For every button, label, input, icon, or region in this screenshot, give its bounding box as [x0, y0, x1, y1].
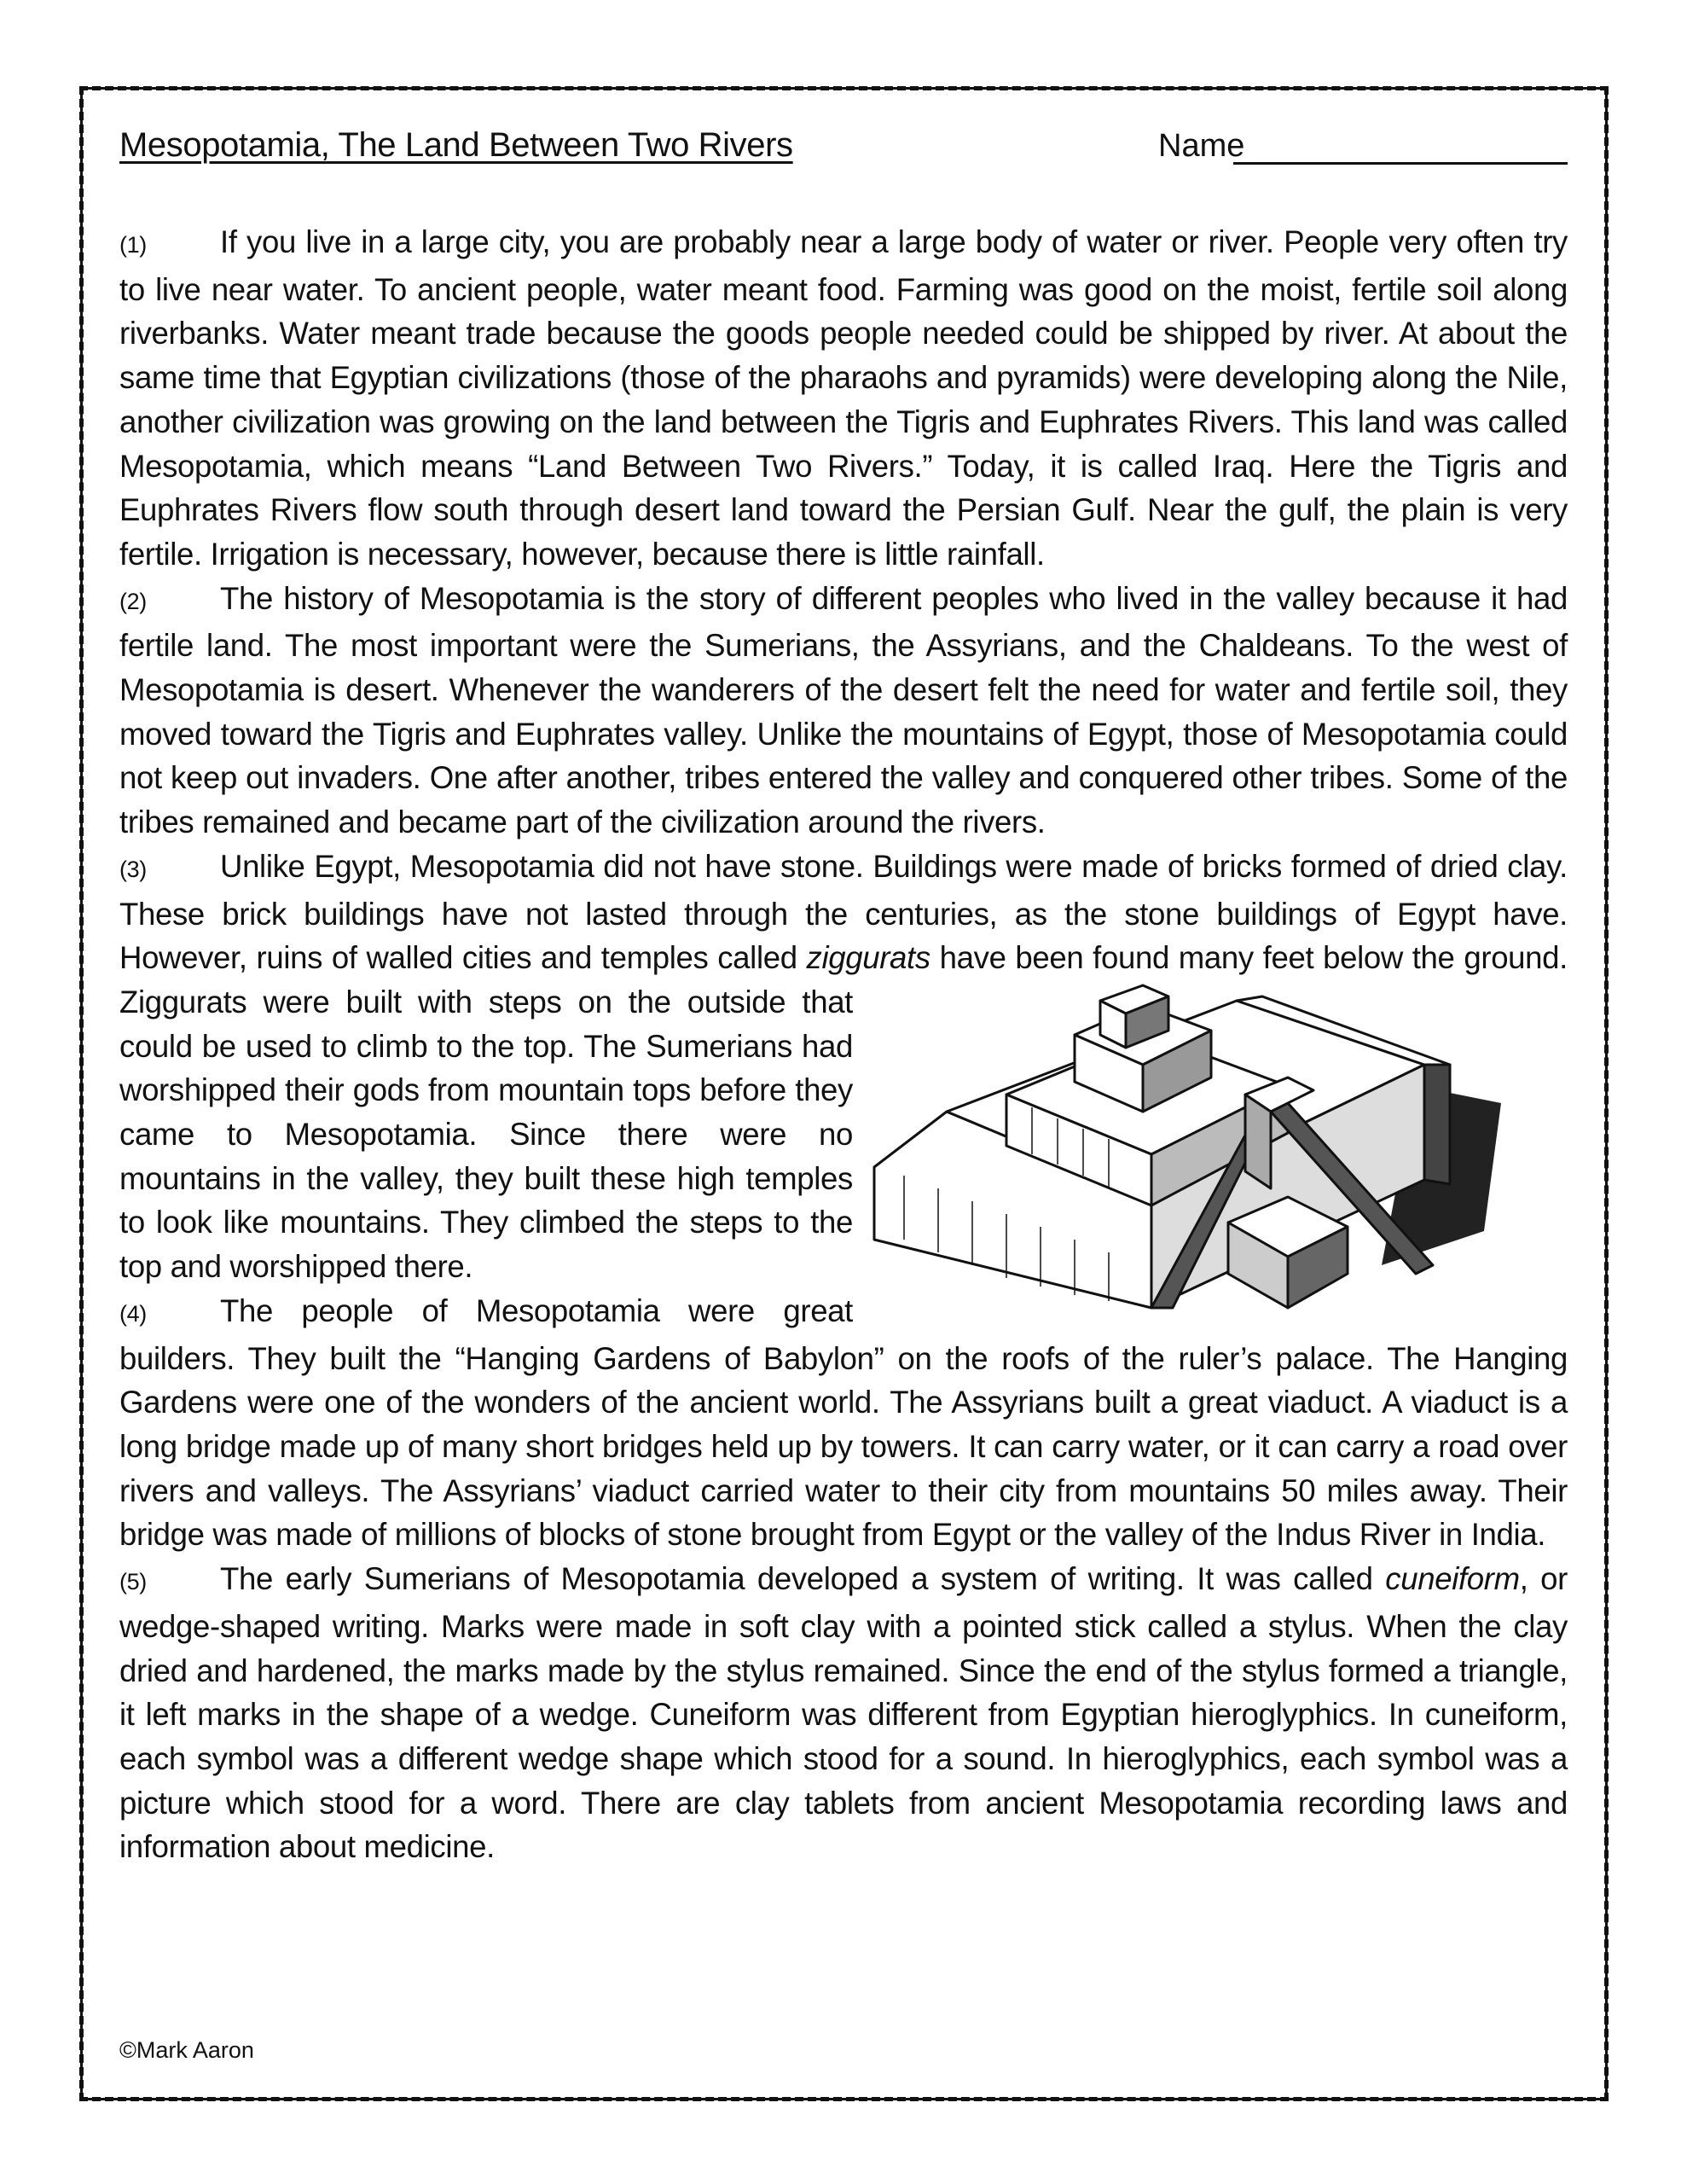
paragraph-text: The early Sumerians of Mesopotamia devel…: [220, 1561, 1385, 1596]
paragraph-number: (2): [119, 580, 220, 624]
paragraph-text: The people of Mesopotamia were great bui…: [119, 1293, 1568, 1553]
paragraph-3: (3)Unlike Egypt, Mesopotamia did not hav…: [119, 845, 1568, 1289]
paragraph-text: , or wedge-shaped writing. Marks were ma…: [119, 1561, 1568, 1864]
paragraph-number: (4): [119, 1292, 220, 1337]
copyright-notice: ©Mark Aaron: [119, 2037, 254, 2064]
page-title: Mesopotamia, The Land Between Two Rivers: [119, 126, 793, 165]
ziggurat-figure-anchor: [930, 940, 940, 975]
italic-term: ziggurats: [807, 940, 930, 975]
paragraph-text: If you live in a large city, you are pro…: [119, 224, 1568, 572]
paragraph-5: (5)The early Sumerians of Mesopotamia de…: [119, 1557, 1568, 1869]
ziggurat-icon: [870, 984, 1578, 1310]
paragraph-4: (4)The people of Mesopotamia were great …: [119, 1289, 1568, 1557]
name-label: Name: [1158, 128, 1244, 165]
paragraph-2: (2)The history of Mesopotamia is the sto…: [119, 577, 1568, 845]
article-body: (1)If you live in a large city, you are …: [119, 220, 1568, 1869]
paragraph-1: (1)If you live in a large city, you are …: [119, 220, 1568, 577]
name-field[interactable]: [1233, 162, 1568, 165]
paragraph-number: (1): [119, 224, 220, 268]
paragraph-text: The history of Mesopotamia is the story …: [119, 581, 1568, 840]
paragraph-number: (5): [119, 1560, 220, 1605]
paragraph-number: (3): [119, 848, 220, 892]
worksheet-header: Mesopotamia, The Land Between Two Rivers…: [119, 126, 1568, 169]
italic-term: cuneiform: [1385, 1561, 1519, 1596]
ziggurat-illustration: [870, 984, 1578, 1310]
